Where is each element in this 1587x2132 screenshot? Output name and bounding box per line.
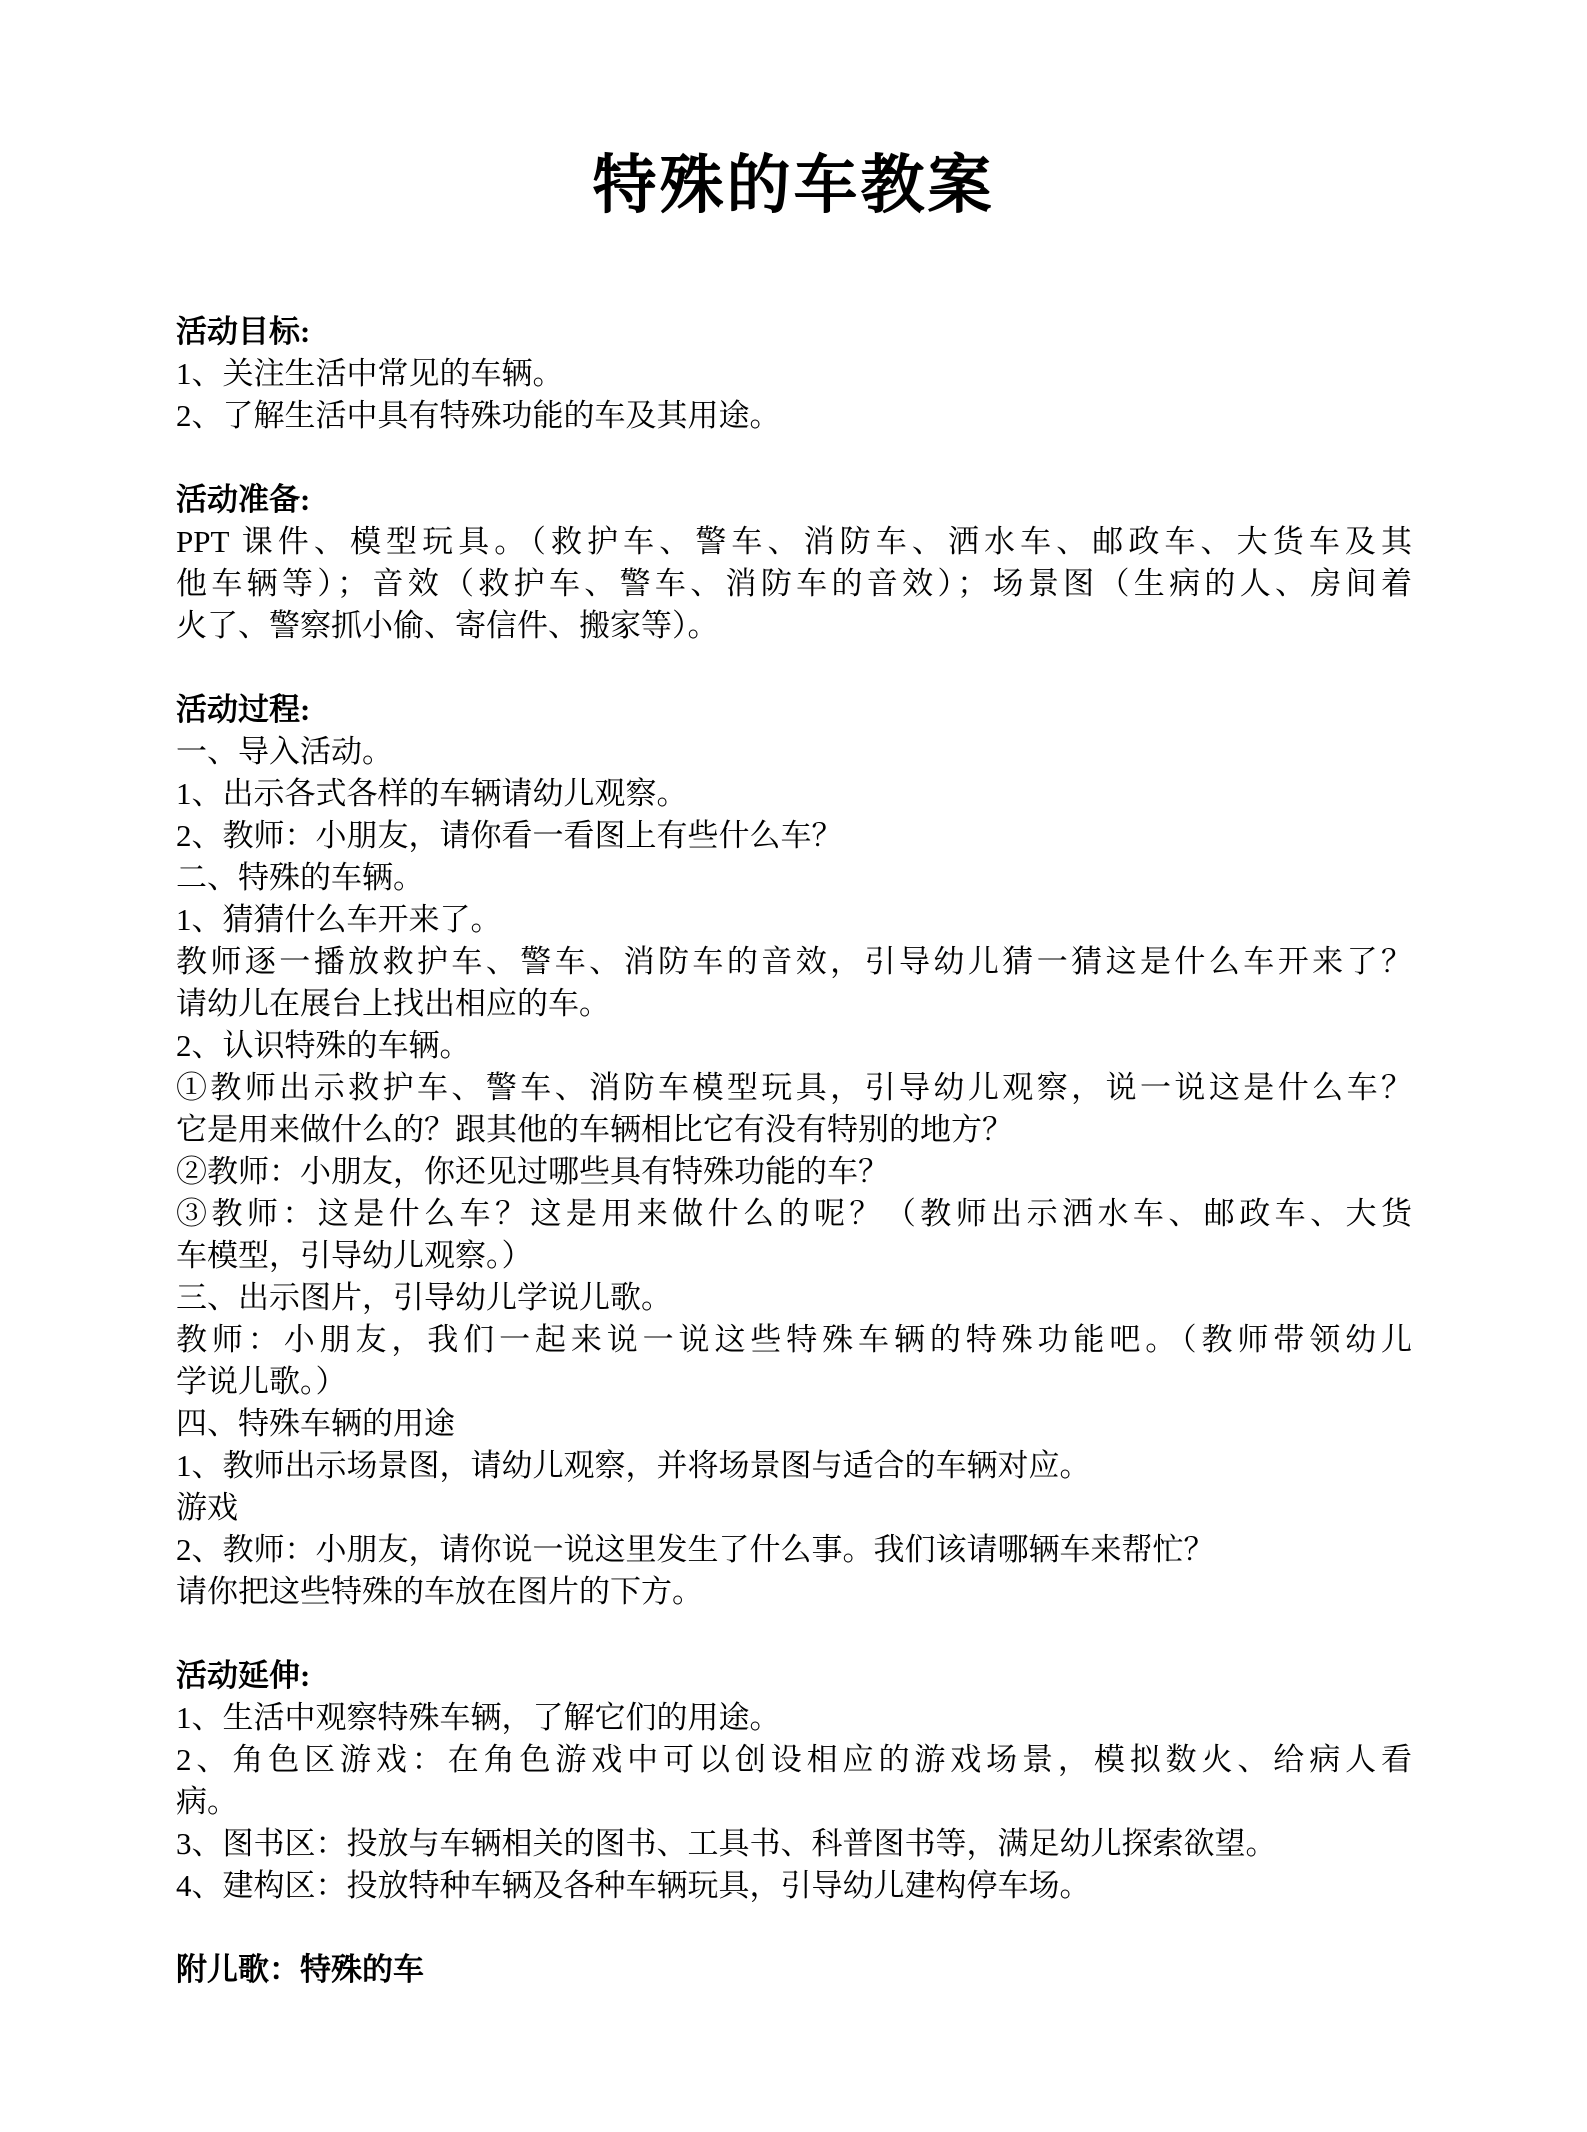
text-line: 四、特殊车辆的用途 xyxy=(176,1403,1412,1445)
text-line: 火了、警察抓小偷、寄信件、搬家等）。 xyxy=(176,605,1412,647)
text-line: 2、教师：小朋友，请你说一说这里发生了什么事。我们该请哪辆车来帮忙？ xyxy=(176,1529,1412,1571)
text-line: 2、角色区游戏：在角色游戏中可以创设相应的游戏场景，模拟数火、给病人看 xyxy=(176,1739,1412,1781)
text-line: 教师逐一播放救护车、警车、消防车的音效，引导幼儿猜一猜这是什么车开来了？ xyxy=(176,941,1412,983)
document-page: 特殊的车教案 活动目标: 1、关注生活中常见的车辆。 2、了解生活中具有特殊功能… xyxy=(0,0,1587,2132)
text-line: 病。 xyxy=(176,1781,1412,1823)
text-line: 1、教师出示场景图，请幼儿观察，并将场景图与适合的车辆对应。 xyxy=(176,1445,1412,1487)
text-line: 车模型，引导幼儿观察。） xyxy=(176,1235,1412,1277)
text-line: PPT 课件、模型玩具。（救护车、警车、消防车、洒水车、邮政车、大货车及其 xyxy=(176,521,1412,563)
text-line: 2、认识特殊的车辆。 xyxy=(176,1025,1412,1067)
text-line: 一、导入活动。 xyxy=(176,731,1412,773)
text-line: 二、特殊的车辆。 xyxy=(176,857,1412,899)
section-activity-process: 活动过程: 一、导入活动。 1、出示各式各样的车辆请幼儿观察。 2、教师：小朋友… xyxy=(176,689,1412,1613)
section-heading: 活动目标: xyxy=(176,311,1412,353)
text-line: 1、出示各式各样的车辆请幼儿观察。 xyxy=(176,773,1412,815)
section-activity-preparation: 活动准备: PPT 课件、模型玩具。（救护车、警车、消防车、洒水车、邮政车、大货… xyxy=(176,479,1412,647)
text-line: 请你把这些特殊的车放在图片的下方。 xyxy=(176,1571,1412,1613)
text-line: 1、关注生活中常见的车辆。 xyxy=(176,353,1412,395)
text-line: ③教师：这是什么车？这是用来做什么的呢？（教师出示洒水车、邮政车、大货 xyxy=(176,1193,1412,1235)
section-attached-rhyme: 附儿歌：特殊的车 xyxy=(176,1949,1412,1991)
text-line: 1、生活中观察特殊车辆，了解它们的用途。 xyxy=(176,1697,1412,1739)
section-heading: 活动准备: xyxy=(176,479,1412,521)
text-line: 他车辆等）；音效（救护车、警车、消防车的音效）；场景图（生病的人、房间着 xyxy=(176,563,1412,605)
text-line: 它是用来做什么的？跟其他的车辆相比它有没有特别的地方？ xyxy=(176,1109,1412,1151)
document-body: 活动目标: 1、关注生活中常见的车辆。 2、了解生活中具有特殊功能的车及其用途。… xyxy=(176,311,1412,1991)
text-line: 三、出示图片，引导幼儿学说儿歌。 xyxy=(176,1277,1412,1319)
section-activity-extension: 活动延伸: 1、生活中观察特殊车辆，了解它们的用途。 2、角色区游戏：在角色游戏… xyxy=(176,1655,1412,1907)
text-line: 游戏 xyxy=(176,1487,1412,1529)
text-line: ②教师：小朋友，你还见过哪些具有特殊功能的车？ xyxy=(176,1151,1412,1193)
section-activity-goals: 活动目标: 1、关注生活中常见的车辆。 2、了解生活中具有特殊功能的车及其用途。 xyxy=(176,311,1412,437)
text-line: 2、了解生活中具有特殊功能的车及其用途。 xyxy=(176,395,1412,437)
text-line: 3、图书区：投放与车辆相关的图书、工具书、科普图书等，满足幼儿探索欲望。 xyxy=(176,1823,1412,1865)
section-heading: 活动延伸: xyxy=(176,1655,1412,1697)
text-line: 请幼儿在展台上找出相应的车。 xyxy=(176,983,1412,1025)
document-title: 特殊的车教案 xyxy=(0,0,1587,225)
text-line: 4、建构区：投放特种车辆及各种车辆玩具，引导幼儿建构停车场。 xyxy=(176,1865,1412,1907)
text-line: ①教师出示救护车、警车、消防车模型玩具，引导幼儿观察，说一说这是什么车？ xyxy=(176,1067,1412,1109)
section-heading: 活动过程: xyxy=(176,689,1412,731)
text-line: 1、猜猜什么车开来了。 xyxy=(176,899,1412,941)
text-line: 教师：小朋友，我们一起来说一说这些特殊车辆的特殊功能吧。（教师带领幼儿 xyxy=(176,1319,1412,1361)
text-line: 学说儿歌。） xyxy=(176,1361,1412,1403)
text-line: 2、教师：小朋友，请你看一看图上有些什么车？ xyxy=(176,815,1412,857)
section-heading: 附儿歌：特殊的车 xyxy=(176,1949,1412,1991)
